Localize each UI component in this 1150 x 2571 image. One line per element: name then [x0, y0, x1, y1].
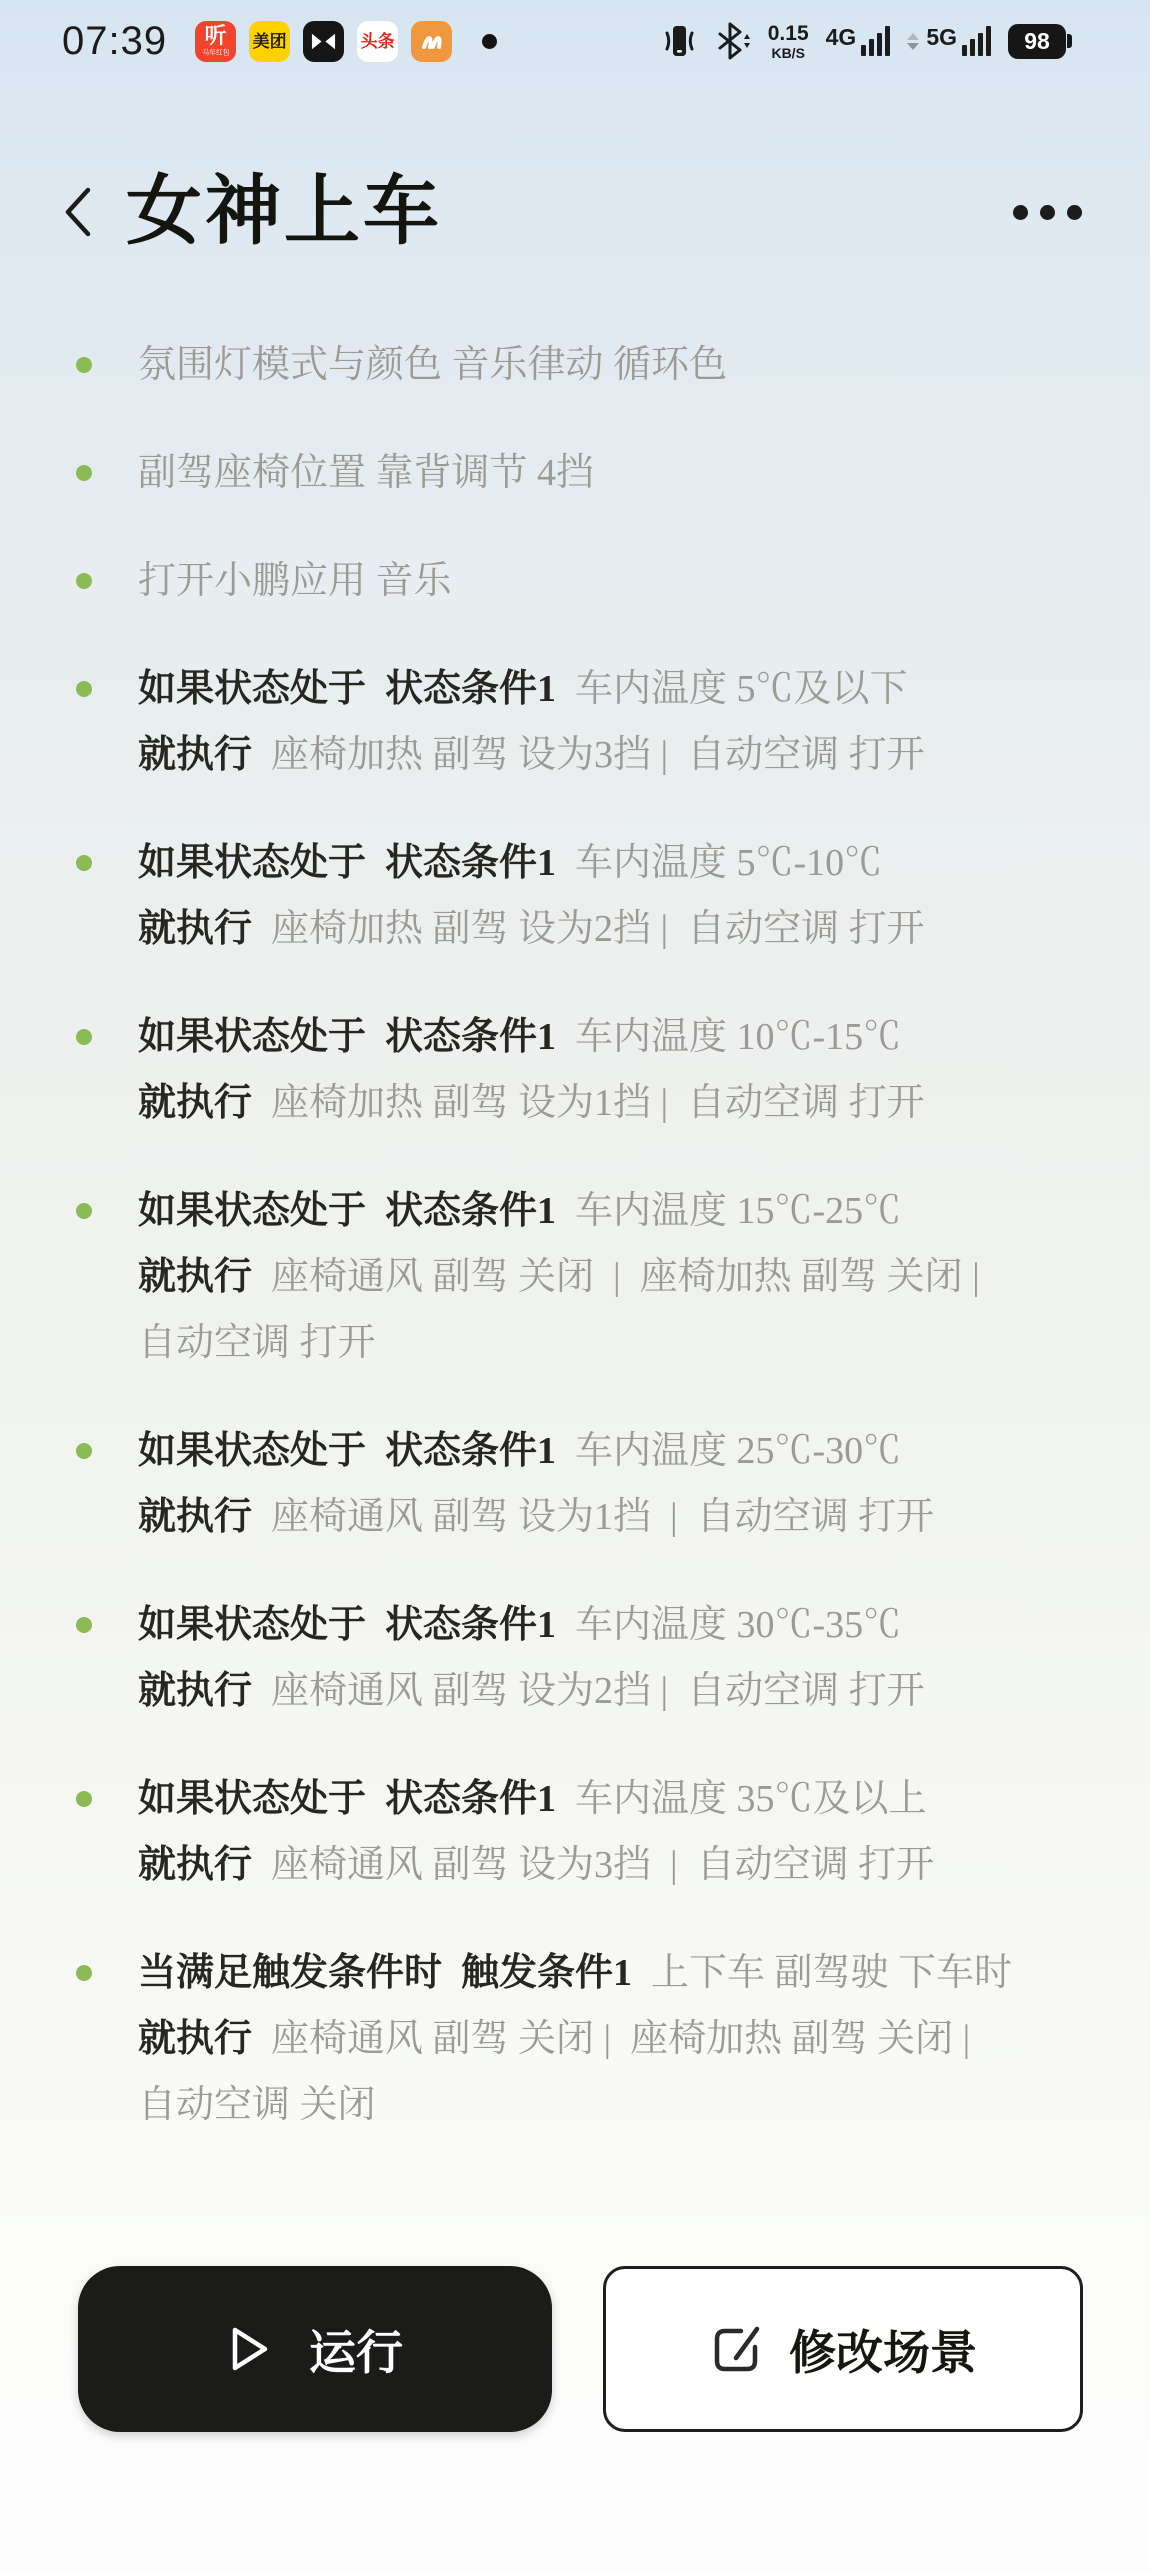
toutiao-glyph: 头条	[361, 33, 395, 50]
rule-segment: 就执行	[138, 2018, 252, 2060]
rule-item: 如果状态处于 状态条件1 车内温度 15℃-25℃就执行 座椅通风 副驾 关闭 …	[76, 1178, 1092, 1376]
bullet-dot-icon	[76, 681, 92, 697]
rule-line: 如果状态处于 状态条件1 车内温度 5℃及以下	[138, 656, 925, 722]
rule-segment: 如果状态处于 状态条件1	[138, 668, 556, 710]
meituan-app-icon: 美团	[249, 21, 290, 62]
signal-bars-4g-icon	[861, 26, 890, 56]
rule-segment: 如果状态处于 状态条件1	[138, 1604, 556, 1646]
mobile-network-4g: 4G	[826, 26, 891, 56]
rule-segment: 就执行	[138, 1082, 252, 1124]
rule-segment: 座椅加热 副驾 设为1挡 | 自动空调 打开	[252, 1082, 925, 1124]
rule-segment: 就执行	[138, 734, 252, 776]
rule-item: 如果状态处于 状态条件1 车内温度 10℃-15℃就执行 座椅加热 副驾 设为1…	[76, 1004, 1092, 1136]
battery-nub	[1067, 34, 1072, 48]
ellipsis-dot-icon	[1040, 205, 1055, 220]
rule-item: 如果状态处于 状态条件1 车内温度 35℃及以上就执行 座椅通风 副驾 设为3挡…	[76, 1766, 1092, 1898]
rule-text: 如果状态处于 状态条件1 车内温度 25℃-30℃就执行 座椅通风 副驾 设为1…	[138, 1418, 934, 1550]
rule-item: 当满足触发条件时 触发条件1 上下车 副驾驶 下车时就执行 座椅通风 副驾 关闭…	[76, 1940, 1092, 2138]
time-label: 07:39	[62, 19, 167, 64]
speed-value: 0.15	[768, 23, 809, 44]
rule-text: 如果状态处于 状态条件1 车内温度 35℃及以上就执行 座椅通风 副驾 设为3挡…	[138, 1766, 934, 1898]
ellipsis-dot-icon	[1067, 205, 1082, 220]
bullet-dot-icon	[76, 1791, 92, 1807]
rule-segment: 自动空调 关闭	[138, 2084, 376, 2126]
rule-text: 打开小鹏应用 音乐	[138, 548, 452, 614]
rule-text: 如果状态处于 状态条件1 车内温度 10℃-15℃就执行 座椅加热 副驾 设为1…	[138, 1004, 925, 1136]
rule-segment: 座椅通风 副驾 设为2挡 | 自动空调 打开	[252, 1670, 925, 1712]
data-arrows-icon	[907, 33, 919, 50]
rule-segment: 座椅加热 副驾 设为3挡 | 自动空调 打开	[252, 734, 925, 776]
rule-line: 自动空调 关闭	[138, 2072, 1012, 2138]
rule-line: 就执行 座椅通风 副驾 关闭 | 座椅加热 副驾 关闭 |	[138, 1244, 980, 1310]
bullet-dot-icon	[76, 1617, 92, 1633]
rule-item: 如果状态处于 状态条件1 车内温度 30℃-35℃就执行 座椅通风 副驾 设为2…	[76, 1592, 1092, 1724]
network-type-label-5g: 5G	[926, 26, 957, 49]
orange-app-glyph-icon	[418, 27, 446, 55]
rule-item: 如果状态处于 状态条件1 车内温度 5℃及以下就执行 座椅加热 副驾 设为3挡 …	[76, 656, 1092, 788]
rule-line: 打开小鹏应用 音乐	[138, 548, 452, 614]
footer-actions: 运行 修改场景	[0, 2266, 1150, 2432]
rule-segment: 座椅通风 副驾 关闭 | 座椅加热 副驾 关闭 |	[252, 1256, 980, 1298]
rule-line: 就执行 座椅通风 副驾 关闭 | 座椅加热 副驾 关闭 |	[138, 2006, 1012, 2072]
rule-segment: 车内温度 15℃-25℃	[556, 1190, 901, 1232]
rule-line: 如果状态处于 状态条件1 车内温度 35℃及以上	[138, 1766, 934, 1832]
rule-segment: 如果状态处于 状态条件1	[138, 842, 556, 884]
rule-segment: 车内温度 10℃-15℃	[556, 1016, 901, 1058]
run-button-label: 运行	[309, 2316, 403, 2383]
rule-segment: 如果状态处于 状态条件1	[138, 1778, 556, 1820]
rule-segment: 就执行	[138, 1670, 252, 1712]
rule-text: 如果状态处于 状态条件1 车内温度 30℃-35℃就执行 座椅通风 副驾 设为2…	[138, 1592, 925, 1724]
rule-text: 当满足触发条件时 触发条件1 上下车 副驾驶 下车时就执行 座椅通风 副驾 关闭…	[138, 1940, 1012, 2138]
rule-line: 如果状态处于 状态条件1 车内温度 5℃-10℃	[138, 830, 925, 896]
rule-line: 副驾座椅位置 靠背调节 4挡	[138, 440, 594, 506]
xpeng-app-icon	[303, 21, 344, 62]
rule-line: 如果状态处于 状态条件1 车内温度 10℃-15℃	[138, 1004, 925, 1070]
rule-text: 如果状态处于 状态条件1 车内温度 5℃及以下就执行 座椅加热 副驾 设为3挡 …	[138, 656, 925, 788]
orange-app-icon	[411, 21, 452, 62]
header: 女神上车	[0, 162, 1150, 262]
rule-line: 自动空调 打开	[138, 1310, 980, 1376]
rule-item: 如果状态处于 状态条件1 车内温度 5℃-10℃就执行 座椅加热 副驾 设为2挡…	[76, 830, 1092, 962]
ximalaya-app-icon: 听 马年红包	[195, 21, 236, 62]
rule-line: 就执行 座椅通风 副驾 设为1挡 | 自动空调 打开	[138, 1484, 934, 1550]
rule-segment: 当满足触发条件时 触发条件1	[138, 1952, 632, 1994]
ellipsis-dot-icon	[1013, 205, 1028, 220]
rule-segment: 座椅通风 副驾 设为3挡 | 自动空调 打开	[252, 1844, 934, 1886]
battery-level: 98	[1024, 28, 1050, 55]
speed-unit: KB/S	[768, 46, 809, 60]
rule-list: 氛围灯模式与颜色 音乐律动 循环色副驾座椅位置 靠背调节 4挡打开小鹏应用 音乐…	[0, 332, 1150, 2138]
rule-line: 如果状态处于 状态条件1 车内温度 25℃-30℃	[138, 1418, 934, 1484]
rule-segment: 就执行	[138, 1844, 252, 1886]
edit-icon	[709, 2321, 765, 2377]
rule-line: 氛围灯模式与颜色 音乐律动 循环色	[138, 332, 727, 398]
rule-segment: 如果状态处于 状态条件1	[138, 1430, 556, 1472]
modify-scene-button-label: 修改场景	[789, 2316, 977, 2383]
rule-segment: 车内温度 30℃-35℃	[556, 1604, 901, 1646]
rule-segment: 座椅加热 副驾 设为2挡 | 自动空调 打开	[252, 908, 925, 950]
vibrate-icon	[658, 23, 700, 59]
rule-line: 当满足触发条件时 触发条件1 上下车 副驾驶 下车时	[138, 1940, 1012, 2006]
network-type-label-4g: 4G	[826, 26, 857, 49]
bullet-dot-icon	[76, 1965, 92, 1981]
rule-segment: 氛围灯模式与颜色 音乐律动 循环色	[138, 344, 727, 386]
status-bar: 07:39 听 马年红包 美团 头条	[0, 16, 1150, 66]
rule-line: 就执行 座椅通风 副驾 设为3挡 | 自动空调 打开	[138, 1832, 934, 1898]
rule-line: 就执行 座椅通风 副驾 设为2挡 | 自动空调 打开	[138, 1658, 925, 1724]
rule-segment: 打开小鹏应用 音乐	[138, 560, 452, 602]
rule-text: 如果状态处于 状态条件1 车内温度 5℃-10℃就执行 座椅加热 副驾 设为2挡…	[138, 830, 925, 962]
bullet-dot-icon	[76, 1029, 92, 1045]
play-icon	[227, 2324, 273, 2374]
back-button[interactable]	[60, 186, 104, 238]
rule-item: 如果状态处于 状态条件1 车内温度 25℃-30℃就执行 座椅通风 副驾 设为1…	[76, 1418, 1092, 1550]
rule-segment: 座椅通风 副驾 关闭 | 座椅加热 副驾 关闭 |	[252, 2018, 970, 2060]
bullet-dot-icon	[76, 1203, 92, 1219]
ximalaya-glyph: 听	[205, 25, 227, 47]
toutiao-app-icon: 头条	[357, 21, 398, 62]
xpeng-x-logo-icon	[310, 28, 337, 55]
status-indicators: 0.15 KB/S 4G 5G 98	[658, 22, 1072, 60]
rule-segment: 座椅通风 副驾 设为1挡 | 自动空调 打开	[252, 1496, 934, 1538]
rule-segment: 车内温度 5℃-10℃	[556, 842, 882, 884]
ximalaya-subtext: 马年红包	[202, 50, 229, 57]
rule-segment: 如果状态处于 状态条件1	[138, 1016, 556, 1058]
rule-item: 打开小鹏应用 音乐	[76, 548, 1092, 614]
bullet-dot-icon	[76, 573, 92, 589]
rule-segment: 车内温度 35℃及以上	[556, 1778, 927, 1820]
bullet-dot-icon	[76, 1443, 92, 1459]
battery-indicator: 98	[1008, 24, 1072, 59]
rule-line: 如果状态处于 状态条件1 车内温度 30℃-35℃	[138, 1592, 925, 1658]
mobile-network-5g: 5G	[907, 26, 991, 56]
rule-line: 就执行 座椅加热 副驾 设为2挡 | 自动空调 打开	[138, 896, 925, 962]
rule-item: 副驾座椅位置 靠背调节 4挡	[76, 440, 1092, 506]
bullet-dot-icon	[76, 855, 92, 871]
meituan-glyph: 美团	[253, 33, 287, 50]
bluetooth-icon	[717, 22, 751, 60]
modify-scene-button[interactable]: 修改场景	[603, 2266, 1083, 2432]
rule-segment: 就执行	[138, 908, 252, 950]
rule-segment: 车内温度 5℃及以下	[556, 668, 908, 710]
signal-bars-5g-icon	[962, 26, 991, 56]
rule-segment: 上下车 副驾驶 下车时	[632, 1952, 1012, 1994]
chevron-left-icon	[60, 186, 96, 238]
bullet-dot-icon	[76, 465, 92, 481]
rule-text: 如果状态处于 状态条件1 车内温度 15℃-25℃就执行 座椅通风 副驾 关闭 …	[138, 1178, 980, 1376]
network-speed: 0.15 KB/S	[768, 23, 809, 60]
rule-text: 副驾座椅位置 靠背调节 4挡	[138, 440, 594, 506]
notification-dot-icon	[482, 34, 497, 49]
more-menu-button[interactable]	[1013, 195, 1082, 230]
rule-line: 就执行 座椅加热 副驾 设为3挡 | 自动空调 打开	[138, 722, 925, 788]
rule-line: 就执行 座椅加热 副驾 设为1挡 | 自动空调 打开	[138, 1070, 925, 1136]
page-title: 女神上车	[126, 174, 442, 250]
rule-text: 氛围灯模式与颜色 音乐律动 循环色	[138, 332, 727, 398]
rule-segment: 就执行	[138, 1256, 252, 1298]
rule-item: 氛围灯模式与颜色 音乐律动 循环色	[76, 332, 1092, 398]
rule-line: 如果状态处于 状态条件1 车内温度 15℃-25℃	[138, 1178, 980, 1244]
notification-app-icons: 听 马年红包 美团 头条	[195, 21, 452, 62]
bullet-dot-icon	[76, 357, 92, 373]
rule-segment: 车内温度 25℃-30℃	[556, 1430, 901, 1472]
run-button[interactable]: 运行	[78, 2266, 552, 2432]
rule-segment: 如果状态处于 状态条件1	[138, 1190, 556, 1232]
rule-segment: 自动空调 打开	[138, 1322, 376, 1364]
rule-segment: 就执行	[138, 1496, 252, 1538]
rule-segment: 副驾座椅位置 靠背调节 4挡	[138, 452, 594, 494]
